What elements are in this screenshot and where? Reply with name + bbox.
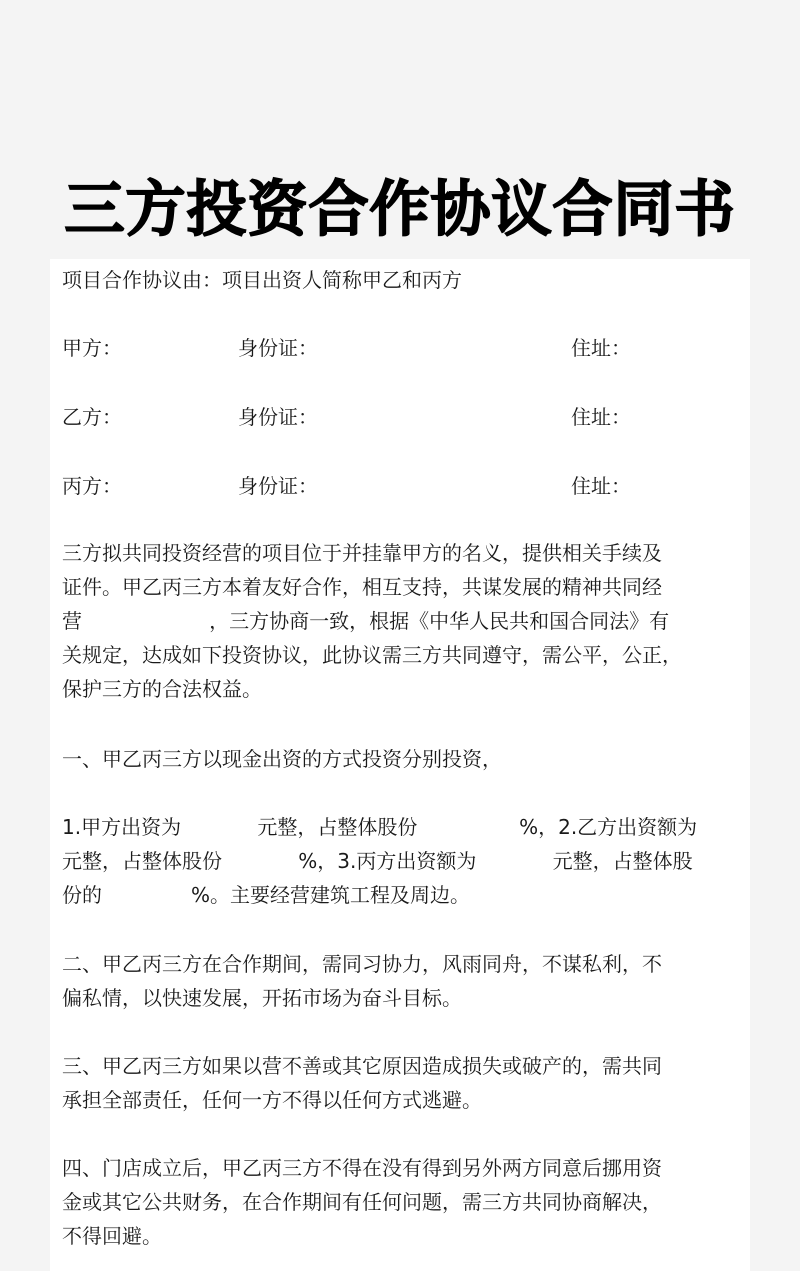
preamble-line: 保护三方的合法权益。	[62, 672, 742, 706]
preamble-line: 三方拟共同投资经营的项目位于并挂靠甲方的名义，提供相关手续及	[62, 536, 742, 570]
clause-4-line: 金或其它公共财务，在合作期间有任何问题，需三方共同协商解决，	[62, 1185, 742, 1219]
clause-4-line: 不得回避。	[62, 1219, 742, 1253]
clause-3-line: 三、甲乙丙三方如果以营不善或其它原因造成损失或破产的，需共同	[62, 1049, 742, 1083]
clause-1-paragraph: 1.甲方出资为 元整，占整体股份 %，2.乙方出资额为 元整，占整体股份 %，3…	[62, 810, 742, 912]
party-a-label: 甲方：	[62, 331, 122, 365]
document-title: 三方投资合作协议合同书	[0, 170, 800, 250]
party-row-b: 乙方： 身份证： 住址：	[62, 400, 742, 434]
clause-4-paragraph: 四、门店成立后，甲乙丙三方不得在没有得到另外两方同意后挪用资 金或其它公共财务，…	[62, 1151, 742, 1253]
party-a-address-label: 住址：	[571, 331, 631, 365]
party-c-address-label: 住址：	[571, 469, 631, 503]
clause-1-heading: 一、甲乙丙三方以现金出资的方式投资分别投资，	[62, 742, 502, 776]
party-b-address-label: 住址：	[571, 400, 631, 434]
clause-2-line: 二、甲乙丙三方在合作期间，需同习协力，风雨同舟，不谋私利，不	[62, 947, 742, 981]
document-page: 项目合作协议由：项目出资人简称甲乙和丙方 甲方： 身份证： 住址： 乙方： 身份…	[50, 259, 750, 1271]
party-row-c: 丙方： 身份证： 住址：	[62, 469, 742, 503]
party-c-id-label: 身份证：	[238, 469, 318, 503]
intro-text: 项目合作协议由：项目出资人简称甲乙和丙方	[62, 263, 462, 297]
clause-1-line: 份的 %。主要经营建筑工程及周边。	[62, 878, 742, 912]
clause-3-line: 承担全部责任，任何一方不得以任何方式逃避。	[62, 1083, 742, 1117]
clause-4-line: 四、门店成立后，甲乙丙三方不得在没有得到另外两方同意后挪用资	[62, 1151, 742, 1185]
preamble-line: 证件。甲乙丙三方本着友好合作，相互支持，共谋发展的精神共同经	[62, 570, 742, 604]
preamble-line: 营 ，三方协商一致，根据《中华人民共和国合同法》有	[62, 604, 742, 638]
clause-3-paragraph: 三、甲乙丙三方如果以营不善或其它原因造成损失或破产的，需共同 承担全部责任，任何…	[62, 1049, 742, 1117]
clause-2-line: 偏私情，以快速发展，开拓市场为奋斗目标。	[62, 981, 742, 1015]
party-b-label: 乙方：	[62, 400, 122, 434]
party-row-a: 甲方： 身份证： 住址：	[62, 331, 742, 365]
clause-1-line: 元整，占整体股份 %，3.丙方出资额为 元整，占整体股	[62, 844, 742, 878]
party-b-id-label: 身份证：	[238, 400, 318, 434]
party-c-label: 丙方：	[62, 469, 122, 503]
clause-2-paragraph: 二、甲乙丙三方在合作期间，需同习协力，风雨同舟，不谋私利，不 偏私情，以快速发展…	[62, 947, 742, 1015]
preamble-line: 关规定，达成如下投资协议，此协议需三方共同遵守，需公平，公正，	[62, 638, 742, 672]
party-a-id-label: 身份证：	[238, 331, 318, 365]
preamble-paragraph: 三方拟共同投资经营的项目位于并挂靠甲方的名义，提供相关手续及 证件。甲乙丙三方本…	[62, 536, 742, 706]
clause-1-line: 1.甲方出资为 元整，占整体股份 %，2.乙方出资额为	[62, 810, 742, 844]
